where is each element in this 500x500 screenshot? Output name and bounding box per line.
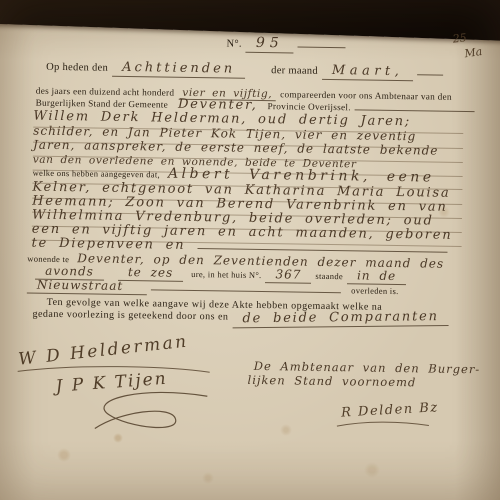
blank-rule	[197, 238, 447, 253]
printed-der-maand: der maand	[271, 65, 318, 77]
blank-rule	[298, 37, 346, 49]
act-number-label: N°.	[226, 38, 241, 49]
folio-number: 25	[452, 31, 467, 45]
printed-op-heden: Op heden den	[46, 62, 108, 74]
printed-overleden-is: overleden is.	[351, 285, 398, 296]
hw-day: Achttienden	[112, 60, 245, 79]
blank-rule	[417, 64, 443, 75]
act-number: N°. 95	[226, 33, 345, 53]
blank-rule	[355, 99, 475, 112]
hw-comparanten: de beide Comparanten	[232, 309, 448, 328]
date-line: Op heden den Achttienden der maand Maart…	[46, 57, 443, 81]
printed-closing-2: gedane voorlezing is geteekend door ons …	[32, 309, 228, 323]
signature-declarant-1: W D Helderman	[17, 332, 189, 370]
signature-declarant-2: J P K Tijen	[55, 369, 168, 397]
signature-flourish	[79, 390, 220, 440]
document-photo: 25 Ma N°. 95 Op heden den Achttienden de…	[0, 0, 500, 500]
closing-line-2: gedane voorlezing is geteekend door ons …	[32, 304, 448, 329]
official-title-line-2: lijken Stand voornoemd	[247, 373, 416, 390]
blank-rule	[151, 279, 341, 293]
hw-month: Maart,	[322, 63, 414, 81]
folio-note: Ma	[464, 45, 483, 60]
signature-official: R Delden Bz	[341, 400, 439, 420]
register-page: 25 Ma N°. 95 Op heden den Achttienden de…	[0, 0, 500, 500]
act-number-value: 95	[246, 35, 294, 54]
